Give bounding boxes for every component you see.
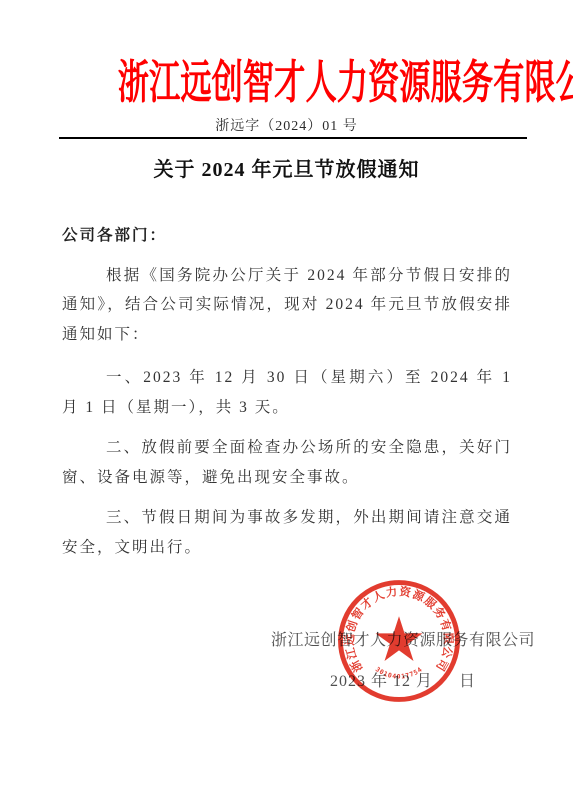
notice-document-page: 浙江远创智才人力资源服务有限公司 浙远字（2024）01 号 关于 2024 年…: [0, 0, 573, 809]
company-header-text: 浙江远创智才人力资源服务有限公司: [118, 58, 573, 108]
paragraph-item-1: 一、2023 年 12 月 30 日（星期六）至 2024 年 1 月 1 日（…: [62, 363, 512, 422]
paragraph-item-2: 二、放假前要全面检查办公场所的安全隐患，关好门窗、设备电源等，避免出现安全事故。: [62, 433, 512, 492]
header-divider: [59, 137, 527, 139]
star-icon: [376, 616, 423, 661]
notice-title: 关于 2024 年元旦节放假通知: [0, 157, 573, 183]
paragraph-intro: 根据《国务院办公厅关于 2024 年部分节假日安排的通知》，结合公司实际情况，现…: [62, 261, 512, 350]
company-header: 浙江远创智才人力资源服务有限公司: [0, 58, 573, 108]
salutation: 公司各部门：: [62, 221, 512, 251]
official-seal-stamp: 浙江远创智才人力资源服务有限公司 3301040177548: [334, 576, 464, 706]
notice-body: 公司各部门： 根据《国务院办公厅关于 2024 年部分节假日安排的通知》，结合公…: [62, 221, 512, 562]
paragraph-item-3: 三、节假日期间为事故多发期，外出期间请注意交通安全，文明出行。: [62, 503, 512, 562]
doc-number: 浙远字（2024）01 号: [0, 118, 573, 136]
